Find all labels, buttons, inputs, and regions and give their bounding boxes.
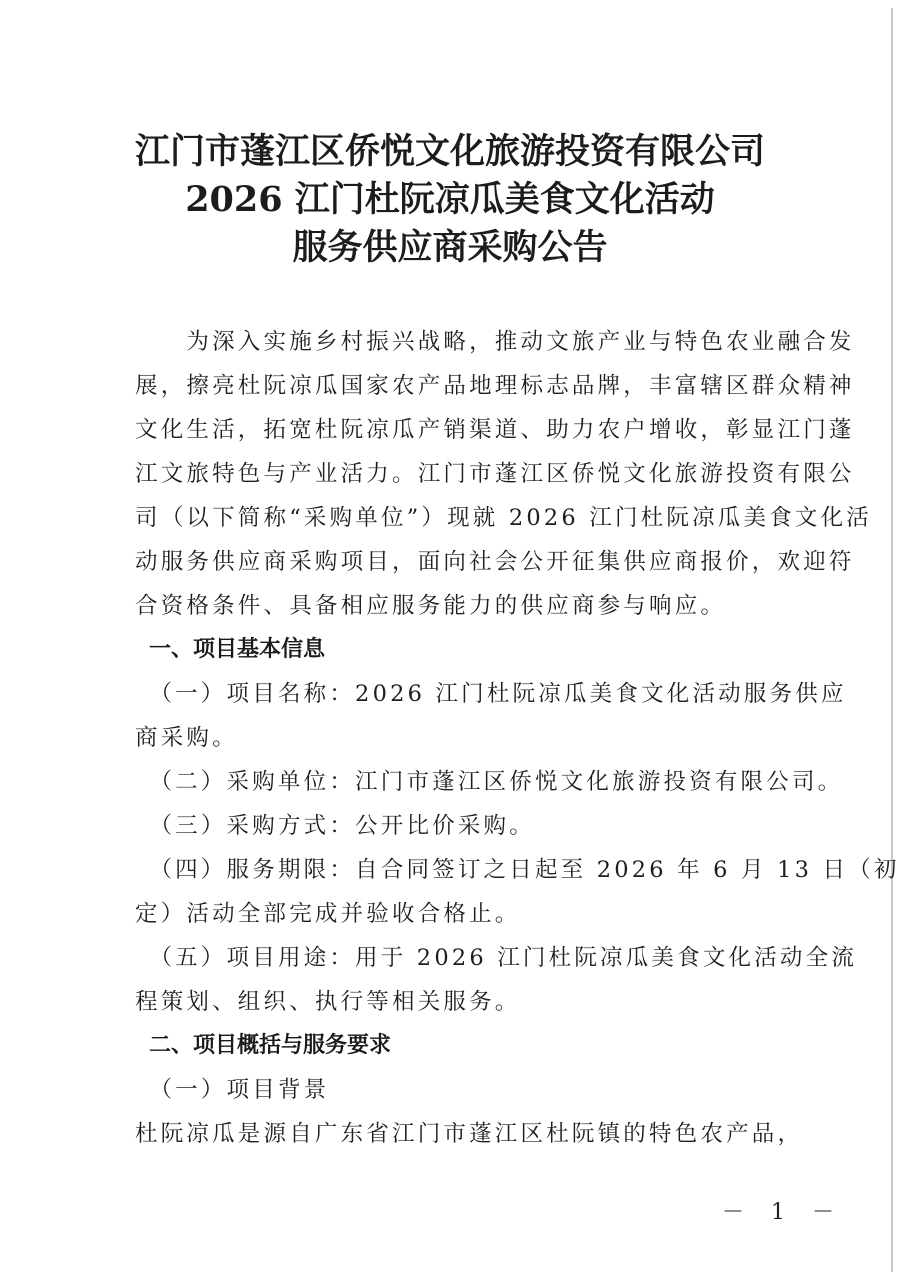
section1-line: 商采购。 <box>135 724 785 752</box>
section1-line: （五）项目用途：用于 2026 江门杜阮凉瓜美食文化活动全流 <box>135 944 785 972</box>
intro-line: 动服务供应商采购项目，面向社会公开征集供应商报价，欢迎符 <box>135 548 785 576</box>
section1-line: （三）采购方式：公开比价采购。 <box>135 812 785 840</box>
section1-line: （一）项目名称：2026 江门杜阮凉瓜美食文化活动服务供应 <box>135 680 785 708</box>
intro-line: 合资格条件、具备相应服务能力的供应商参与响应。 <box>135 592 785 620</box>
intro-line: 文化生活，拓宽杜阮凉瓜产销渠道、助力农户增收，彰显江门蓬 <box>135 416 785 444</box>
title-line-3: 服务供应商采购公告 <box>0 224 900 272</box>
section1-line: （二）采购单位：江门市蓬江区侨悦文化旅游投资有限公司。 <box>135 768 785 796</box>
title-line-2: 2026 江门杜阮凉瓜美食文化活动 <box>0 176 900 224</box>
intro-line: 为深入实施乡村振兴战略，推动文旅产业与特色农业融合发 <box>135 328 785 356</box>
section2-line: 杜阮凉瓜是源自广东省江门市蓬江区杜阮镇的特色农产品， <box>135 1120 785 1148</box>
section1-line: 定）活动全部完成并验收合格止。 <box>135 900 785 928</box>
section1-line: （四）服务期限：自合同签订之日起至 2026 年 6 月 13 日（初 <box>135 856 785 884</box>
title-line-1: 江门市蓬江区侨悦文化旅游投资有限公司 <box>0 128 900 176</box>
intro-line: 司（以下简称“采购单位”）现就 2026 江门杜阮凉瓜美食文化活 <box>135 504 785 532</box>
section-heading-basic-info: 一、项目基本信息 <box>149 636 325 664</box>
section1-line: 程策划、组织、执行等相关服务。 <box>135 988 785 1016</box>
section2-subheading: （一）项目背景 <box>135 1076 785 1104</box>
document-title: 江门市蓬江区侨悦文化旅游投资有限公司 2026 江门杜阮凉瓜美食文化活动 服务供… <box>0 128 900 272</box>
section-heading-overview: 二、项目概括与服务要求 <box>149 1032 391 1060</box>
page-number: － 1 － <box>722 1195 844 1226</box>
intro-line: 江文旅特色与产业活力。江门市蓬江区侨悦文化旅游投资有限公 <box>135 460 785 488</box>
intro-line: 展，擦亮杜阮凉瓜国家农产品地理标志品牌，丰富辖区群众精神 <box>135 372 785 400</box>
document-page: 江门市蓬江区侨悦文化旅游投资有限公司 2026 江门杜阮凉瓜美食文化活动 服务供… <box>0 0 900 1272</box>
